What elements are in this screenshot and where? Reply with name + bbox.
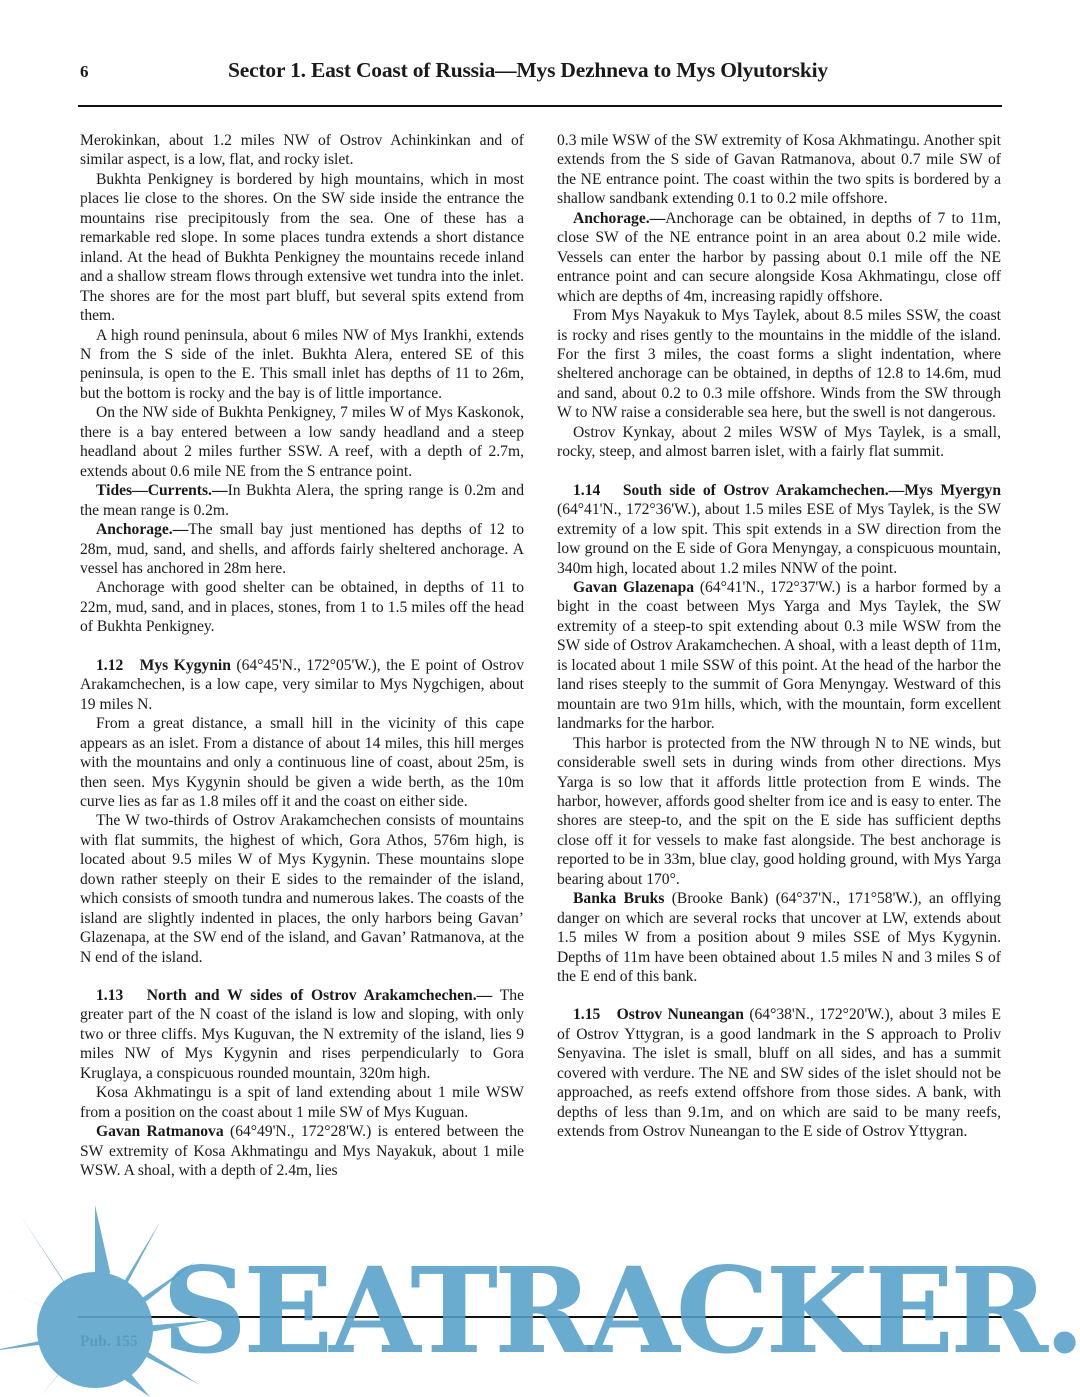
section-number: 1.12	[96, 657, 123, 674]
section-1-13: 1.13 North and W sides of Ostrov Arakamc…	[80, 986, 524, 1083]
watermark-text: SEATRACKER.RU	[162, 1252, 1080, 1370]
section-1-15: 1.15 Ostrov Nuneangan (64°38'N., 172°20'…	[557, 1005, 1001, 1141]
subheading: Tides—Currents.—	[96, 482, 228, 499]
paragraph: Ostrov Kynkay, about 2 miles WSW of Mys …	[557, 423, 1001, 462]
paragraph: Gavan Glazenapa (64°41'N., 172°37'W.) is…	[557, 578, 1001, 734]
paragraph: Tides—Currents.—In Bukhta Alera, the spr…	[80, 481, 524, 520]
subheading: Anchorage.—	[96, 521, 188, 538]
place-name: Banka Bruks	[573, 890, 664, 907]
paragraph: On the NW side of Bukhta Penkigney, 7 mi…	[80, 403, 524, 481]
page-number: 6	[80, 62, 89, 82]
section-title: Ostrov Nuneangan	[617, 1006, 744, 1023]
subheading: Anchorage.—	[573, 210, 665, 227]
paragraph: Anchorage.—The small bay just mentioned …	[80, 520, 524, 578]
section-number: 1.14	[573, 482, 600, 499]
paragraph: Anchorage.—Anchorage can be obtained, in…	[557, 209, 1001, 306]
section-number: 1.15	[573, 1006, 600, 1023]
left-column: Merokinkan, about 1.2 miles NW of Ostrov…	[80, 131, 524, 1181]
page-header: 6 Sector 1. East Coast of Russia—Mys Dez…	[80, 58, 1002, 98]
paragraph: From Mys Nayakuk to Mys Taylek, about 8.…	[557, 306, 1001, 423]
paragraph: This harbor is protected from the NW thr…	[557, 734, 1001, 890]
paragraph: The W two-thirds of Ostrov Arakamchechen…	[80, 811, 524, 967]
place-name: Gavan Ratmanova	[96, 1123, 224, 1140]
paragraph: From a great distance, a small hill in t…	[80, 714, 524, 811]
place-name: Gavan Glazenapa	[573, 579, 694, 596]
paragraph: A high round peninsula, about 6 miles NW…	[80, 326, 524, 404]
right-column: 0.3 mile WSW of the SW extremity of Kosa…	[557, 131, 1001, 1142]
paragraph: Kosa Akhmatingu is a spit of land extend…	[80, 1083, 524, 1122]
paragraph: Bukhta Penkigney is bordered by high mou…	[80, 170, 524, 326]
paragraph: Gavan Ratmanova (64°49'N., 172°28'W.) is…	[80, 1122, 524, 1180]
section-1-12: 1.12 Mys Kygynin (64°45'N., 172°05'W.), …	[80, 656, 524, 714]
paragraph: Banka Bruks (Brooke Bank) (64°37'N., 171…	[557, 889, 1001, 986]
header-rule	[78, 105, 1002, 107]
paragraph: Merokinkan, about 1.2 miles NW of Ostrov…	[80, 131, 524, 170]
publication-label: Pub. 155	[80, 1333, 138, 1351]
paragraph: Anchorage with good shelter can be obtai…	[80, 578, 524, 636]
section-title: South side of Ostrov Arakamchechen.—Mys …	[623, 482, 1001, 499]
section-title: North and W sides of Ostrov Arakamcheche…	[147, 987, 492, 1004]
paragraph: 0.3 mile WSW of the SW extremity of Kosa…	[557, 131, 1001, 209]
section-number: 1.13	[96, 987, 123, 1004]
section-1-14: 1.14 South side of Ostrov Arakamchechen.…	[557, 481, 1001, 578]
running-title: Sector 1. East Coast of Russia—Mys Dezhn…	[228, 58, 828, 83]
section-title: Mys Kygynin	[140, 657, 231, 674]
